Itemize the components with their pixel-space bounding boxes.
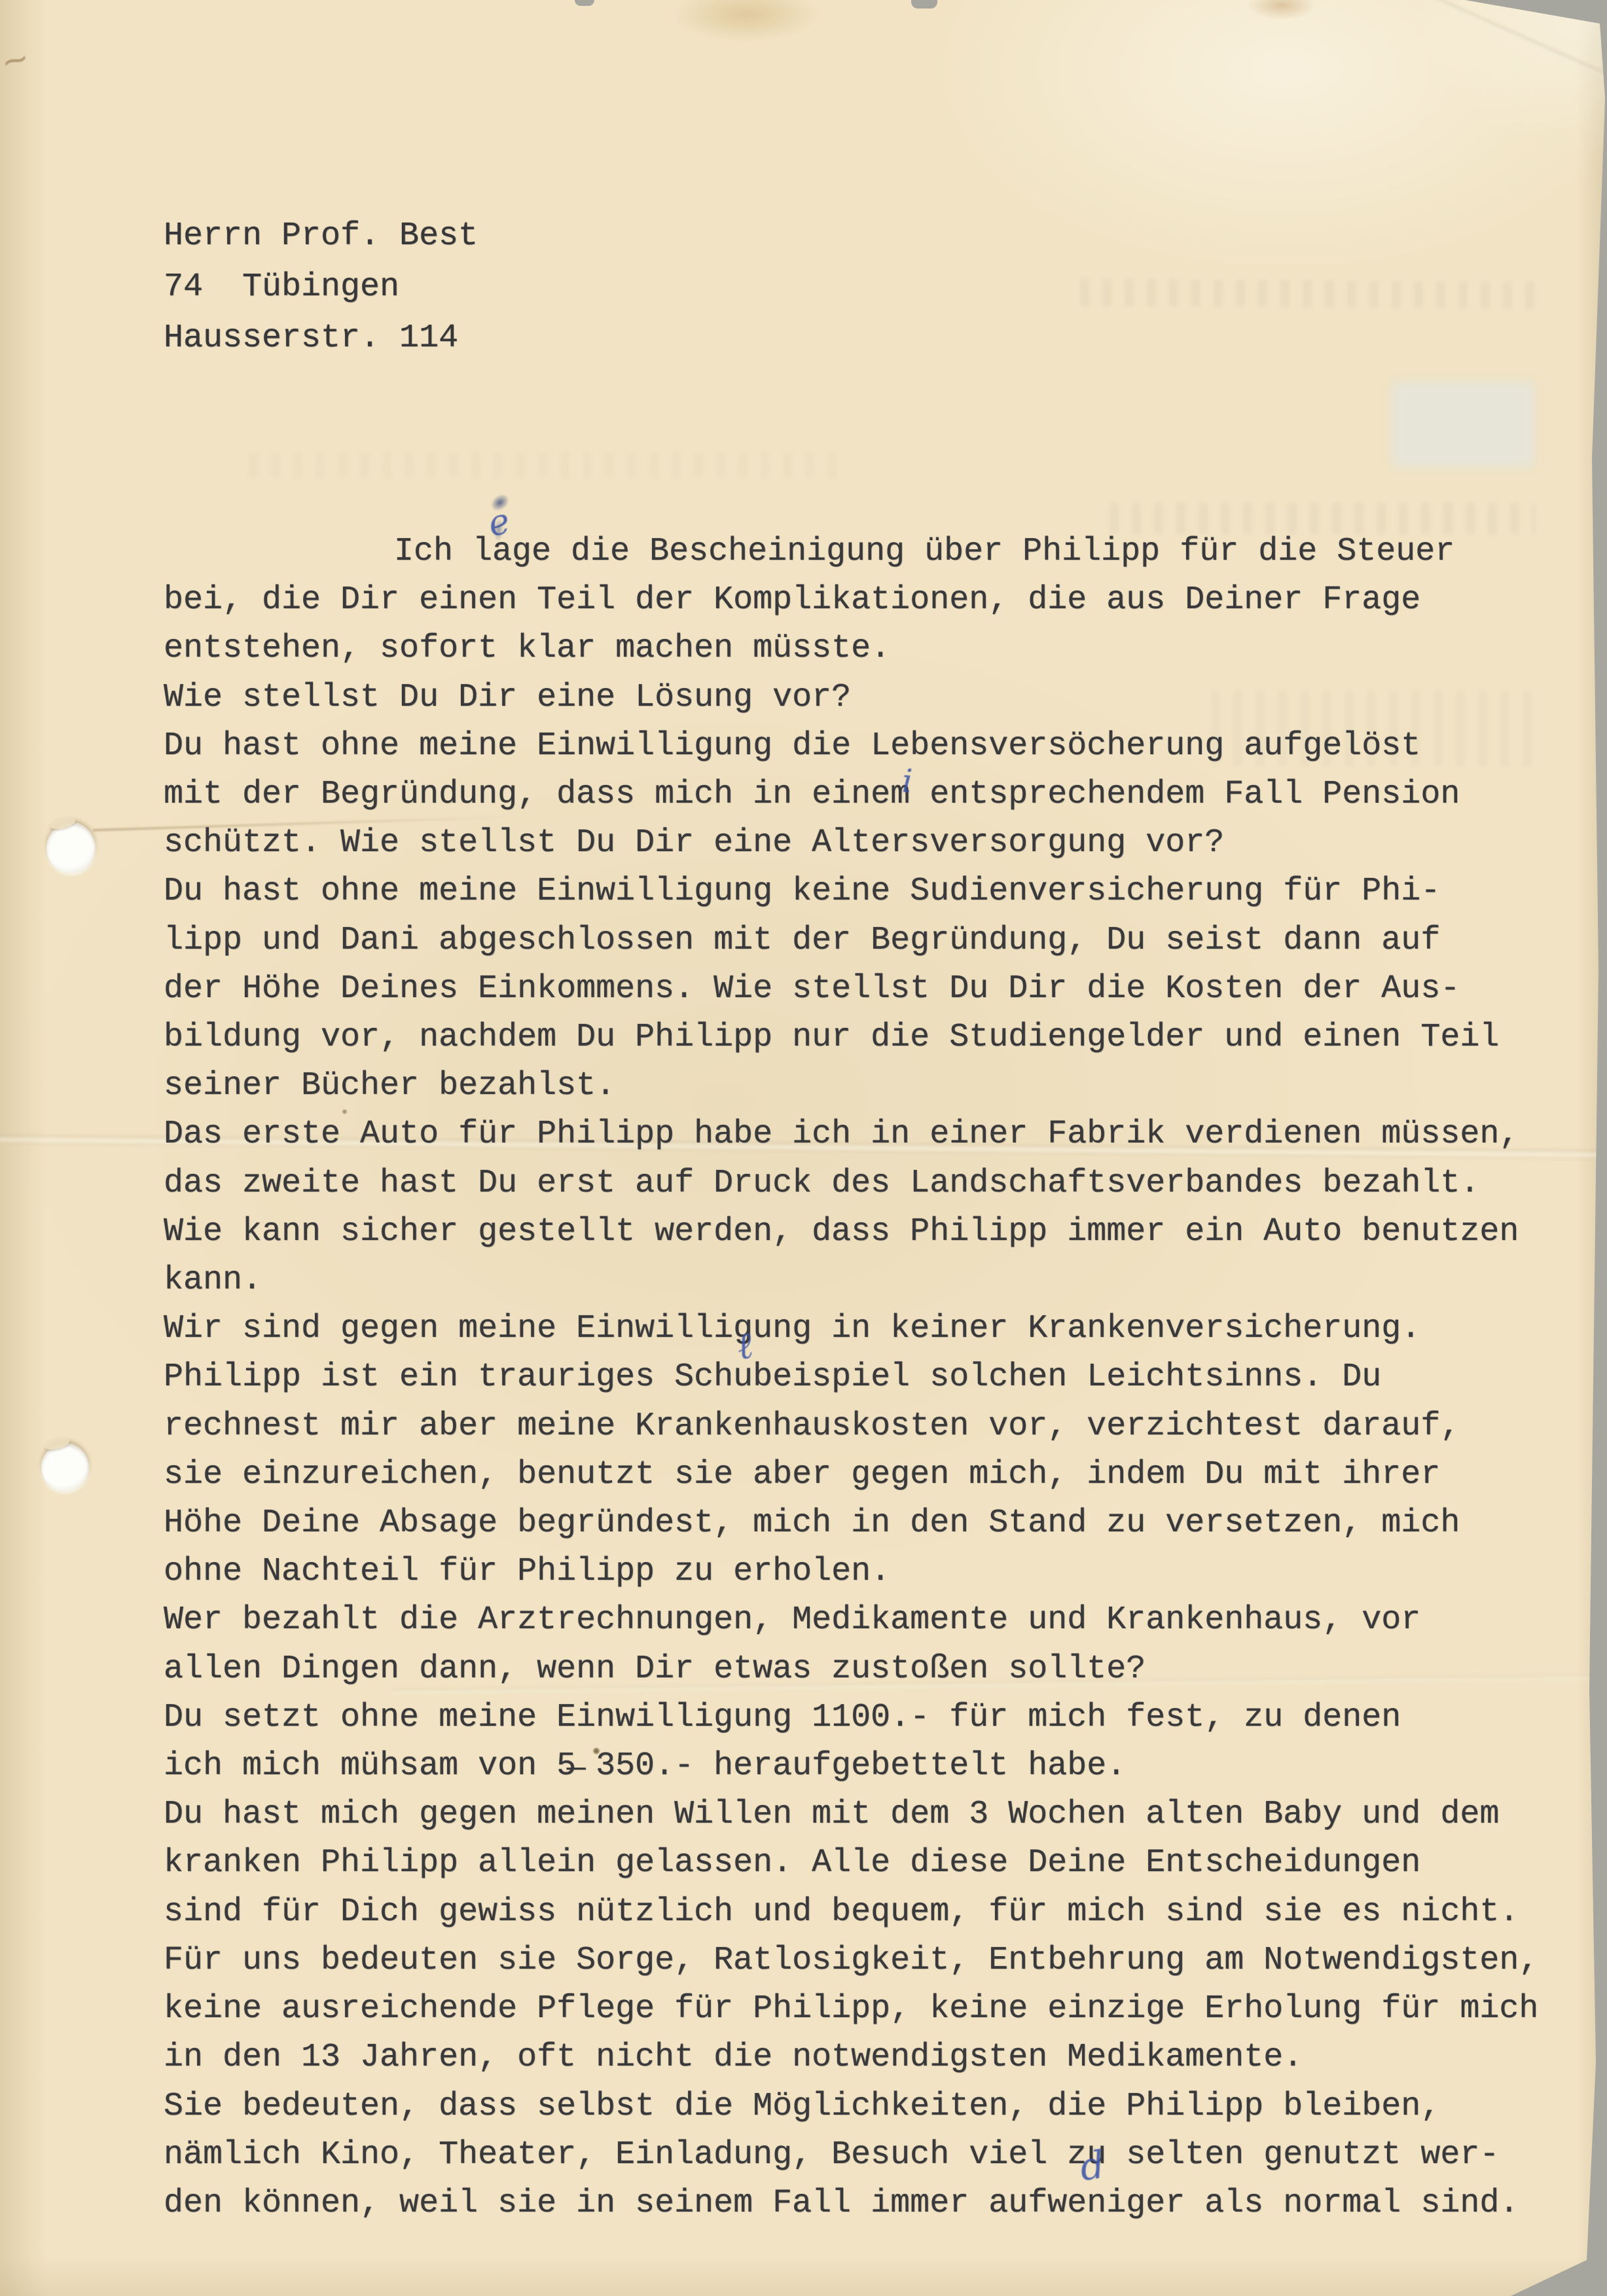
letter-line: das zweite hast Du erst auf Druck des La… bbox=[164, 1159, 1578, 1208]
letter-line: Sie bedeuten, dass selbst die Möglichkei… bbox=[164, 2083, 1578, 2131]
letter-line: den können, weil sie in seinem Fall imme… bbox=[164, 2179, 1578, 2228]
letter-line: Für uns bedeuten sie Sorge, Ratlosigkeit… bbox=[164, 1937, 1578, 1985]
letter-line: kann. bbox=[164, 1256, 1578, 1305]
ghost-text-impression bbox=[249, 452, 838, 478]
corner-fold-crease bbox=[1405, 0, 1607, 100]
letter-line: Wie kann sicher gestellt werden, dass Ph… bbox=[164, 1208, 1578, 1256]
address-line: Hausserstr. 114 bbox=[164, 313, 478, 364]
letter-line: Wie stellst Du Dir eine Lösung vor? bbox=[164, 674, 1578, 722]
letter-line: Du setzt ohne meine Einwilligung 1100.- … bbox=[164, 1694, 1578, 1742]
paper-tear-notch bbox=[575, 0, 594, 6]
paper-tear-notch bbox=[911, 0, 937, 9]
letter-line: ich mich mühsam von 5̶ 350.- heraufgebet… bbox=[164, 1742, 1578, 1791]
address-line: 74 Tübingen bbox=[164, 262, 478, 313]
letter-line: Du hast mich gegen meinen Willen mit dem… bbox=[164, 1791, 1578, 1839]
letter-paper: ~ Herrn Prof. Best74 TübingenHausserstr.… bbox=[0, 0, 1607, 2296]
punch-hole bbox=[46, 822, 96, 873]
recipient-address: Herrn Prof. Best74 TübingenHausserstr. 1… bbox=[164, 211, 478, 364]
letter-line: Du hast ohne meine Einwilligung die Lebe… bbox=[164, 722, 1578, 771]
letter-line: allen Dingen dann, wenn Dir etwas zustoß… bbox=[164, 1645, 1578, 1694]
letter-line: Das erste Auto für Philipp habe ich in e… bbox=[164, 1110, 1578, 1159]
letter-line: schützt. Wie stellst Du Dir eine Altersv… bbox=[164, 819, 1578, 867]
letter-line: seiner Bücher bezahlst. bbox=[164, 1062, 1578, 1110]
punch-hole bbox=[41, 1443, 89, 1491]
letter-line: Wir sind gegen meine Einwilligung in kei… bbox=[164, 1305, 1578, 1353]
light-patch bbox=[1392, 381, 1534, 467]
letter-line: rechnest mir aber meine Krankenhauskoste… bbox=[164, 1402, 1578, 1451]
letter-line: Höhe Deine Absage begründest, mich in de… bbox=[164, 1499, 1578, 1548]
letter-line: in den 13 Jahren, oft nicht die notwendi… bbox=[164, 2033, 1578, 2082]
letter-line: Philipp ist ein trauriges Schubeispiel s… bbox=[164, 1353, 1578, 1402]
corner-crease-mark: ~ bbox=[0, 38, 36, 90]
letter-body: Ich lage die Bescheinigung über Philipp … bbox=[164, 528, 1578, 2228]
letter-line: keine ausreichende Pflege für Philipp, k… bbox=[164, 1985, 1578, 2033]
letter-line: nämlich Kino, Theater, Einladung, Besuch… bbox=[164, 2131, 1578, 2179]
letter-line: Ich lage die Bescheinigung über Philipp … bbox=[164, 528, 1578, 576]
letter-line: lipp und Dani abgeschlossen mit der Begr… bbox=[164, 917, 1578, 965]
letter-line: Wer bezahlt die Arztrechnungen, Medikame… bbox=[164, 1596, 1578, 1645]
letter-line: sind für Dich gewiss nützlich und bequem… bbox=[164, 1888, 1578, 1937]
letter-line: bildung vor, nachdem Du Philipp nur die … bbox=[164, 1013, 1578, 1062]
letter-line: Du hast ohne meine Einwilligung keine Su… bbox=[164, 867, 1578, 916]
address-line: Herrn Prof. Best bbox=[164, 211, 478, 262]
letter-line: mit der Begründung, dass mich in einem e… bbox=[164, 771, 1578, 819]
ghost-text-impression bbox=[1080, 279, 1545, 310]
letter-line: ohne Nachteil für Philipp zu erholen. bbox=[164, 1548, 1578, 1596]
letter-line: sie einzureichen, benutzt sie aber gegen… bbox=[164, 1451, 1578, 1499]
letter-line: bei, die Dir einen Teil der Komplikation… bbox=[164, 576, 1578, 625]
letter-line: der Höhe Deines Einkommens. Wie stellst … bbox=[164, 965, 1578, 1013]
letter-line: kranken Philipp allein gelassen. Alle di… bbox=[164, 1839, 1578, 1887]
letter-line: entstehen, sofort klar machen müsste. bbox=[164, 625, 1578, 673]
